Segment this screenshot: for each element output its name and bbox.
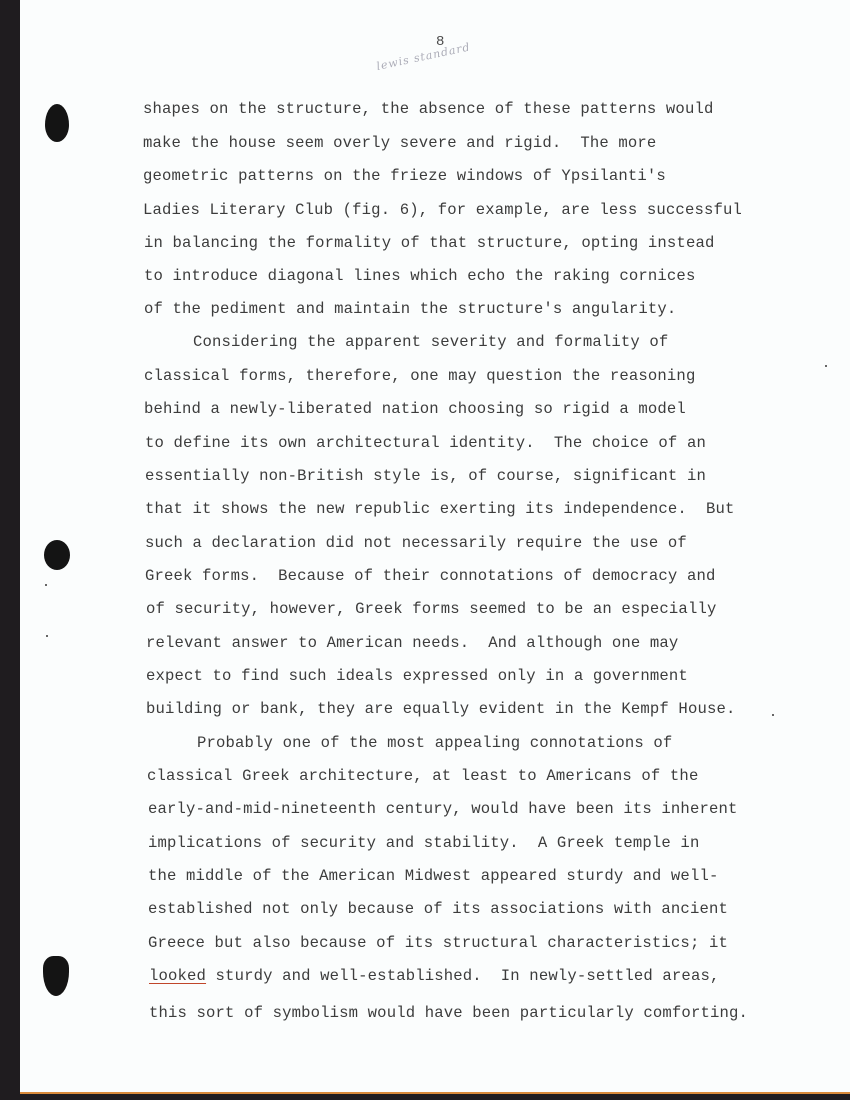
text-line: behind a newly-liberated nation choosing… bbox=[144, 400, 686, 418]
text-line: classical Greek architecture, at least t… bbox=[147, 767, 698, 785]
text-line: in balancing the formality of that struc… bbox=[144, 234, 714, 252]
text-line: geometric patterns on the frieze windows… bbox=[143, 167, 666, 185]
text-line: Greece but also because of its structura… bbox=[148, 934, 728, 952]
scan-speck bbox=[825, 365, 827, 367]
text-line: looked sturdy and well-established. In n… bbox=[149, 967, 719, 985]
text-line: expect to find such ideals expressed onl… bbox=[146, 667, 688, 685]
text-line: make the house seem overly severe and ri… bbox=[143, 134, 656, 152]
text-line: of security, however, Greek forms seemed… bbox=[146, 600, 716, 618]
underlined-word: looked bbox=[149, 967, 206, 985]
page-bottom-edge bbox=[20, 1092, 850, 1094]
text-line: shapes on the structure, the absence of … bbox=[143, 100, 713, 118]
text-line: to introduce diagonal lines which echo t… bbox=[144, 267, 695, 285]
text-line: to define its own architectural identity… bbox=[145, 434, 706, 452]
scan-speck bbox=[45, 584, 47, 586]
text-line: of the pediment and maintain the structu… bbox=[144, 300, 676, 318]
punch-hole-top bbox=[45, 104, 69, 142]
text-line: early-and-mid-nineteenth century, would … bbox=[148, 800, 737, 818]
text-line: such a declaration did not necessarily r… bbox=[145, 534, 687, 552]
scan-speck bbox=[46, 635, 48, 637]
text-line: essentially non-British style is, of cou… bbox=[145, 467, 706, 485]
text-line: Greek forms. Because of their connotatio… bbox=[145, 567, 715, 585]
text-line: Considering the apparent severity and fo… bbox=[193, 333, 668, 351]
text-line: established not only because of its asso… bbox=[148, 900, 728, 918]
punch-hole-middle bbox=[44, 540, 70, 570]
text-line: Probably one of the most appealing conno… bbox=[197, 734, 672, 752]
scan-speck bbox=[772, 714, 774, 716]
text-line: building or bank, they are equally evide… bbox=[146, 700, 735, 718]
text-line: this sort of symbolism would have been p… bbox=[149, 1004, 748, 1022]
text-line: the middle of the American Midwest appea… bbox=[148, 867, 718, 885]
text-line: implications of security and stability. … bbox=[148, 834, 699, 852]
text-line: relevant answer to American needs. And a… bbox=[146, 634, 678, 652]
text-line: Ladies Literary Club (fig. 6), for examp… bbox=[143, 201, 742, 219]
text-line: that it shows the new republic exerting … bbox=[145, 500, 734, 518]
text-line: classical forms, therefore, one may ques… bbox=[144, 367, 695, 385]
